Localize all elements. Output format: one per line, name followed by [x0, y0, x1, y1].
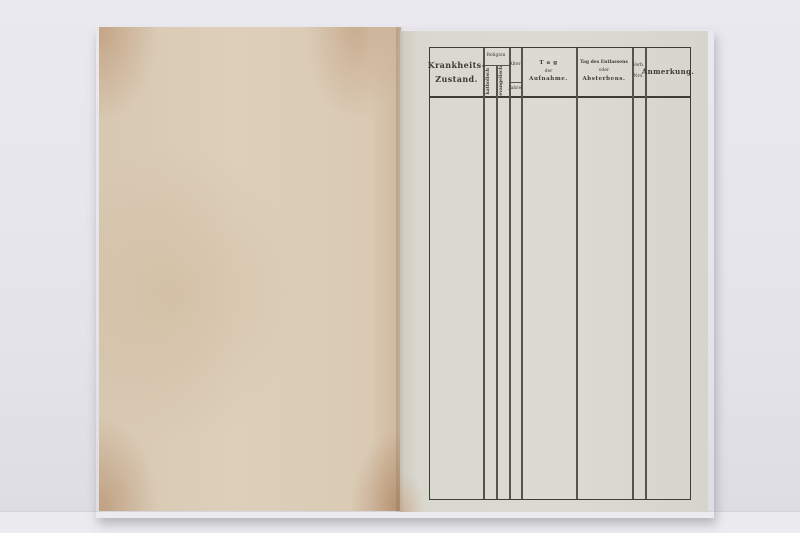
header-label: Anmerkung.	[642, 68, 694, 75]
header-label: Tag des Entlassens	[580, 61, 628, 66]
column-divider	[509, 48, 511, 499]
header-label: katholisch	[487, 68, 492, 94]
header-krankheits-zustand: Krankheits- Zustand.	[430, 48, 483, 96]
header-anmerkung: Anmerkung.	[646, 48, 690, 96]
header-tag-entlassung: Tag des Entlassens oder Absterbens.	[576, 48, 632, 96]
header-label: Krankheits-	[428, 61, 486, 69]
header-rule	[430, 96, 690, 98]
header-label: oder	[599, 69, 609, 74]
left-page-blank	[99, 27, 401, 511]
header-label: Zustand.	[435, 75, 477, 83]
header-label: der	[545, 70, 553, 75]
header-label: Aufnahme.	[529, 77, 568, 83]
header-evangelisch: evangelisch	[496, 66, 509, 96]
header-religion: Religion	[483, 48, 509, 65]
header-label: T a g	[539, 61, 557, 67]
column-divider	[576, 48, 578, 499]
column-divider	[483, 48, 485, 499]
header-label: evangelisch	[500, 66, 505, 96]
column-divider	[632, 48, 634, 499]
header-katholisch: katholisch	[483, 66, 496, 96]
column-divider	[521, 48, 523, 499]
ledger-table: Krankheits- Zustand. Religion katholisch…	[429, 47, 691, 500]
header-alter: Alter	[509, 48, 521, 82]
header-tag-aufnahme: T a g der Aufnahme.	[521, 48, 576, 96]
header-label: Jahre	[509, 87, 521, 92]
column-divider	[496, 66, 498, 499]
book-gutter	[396, 27, 404, 512]
header-label: Alter	[509, 63, 520, 68]
header-jahre: Jahre	[509, 83, 521, 96]
header-label: Religion	[487, 54, 506, 59]
header-label: Absterbens.	[582, 77, 625, 83]
column-divider	[645, 48, 647, 499]
